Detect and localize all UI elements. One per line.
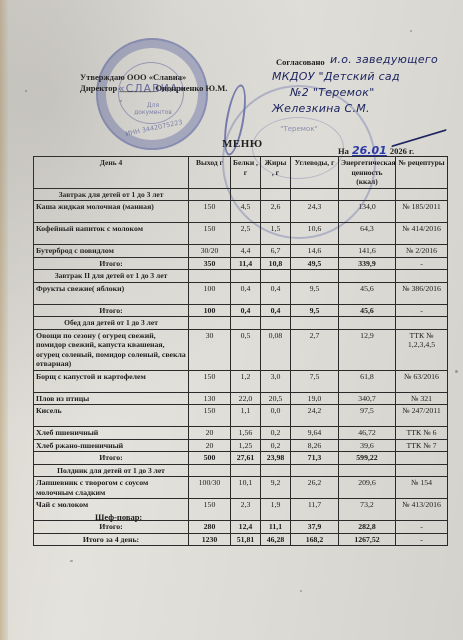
carbs: 9,64 <box>291 427 339 440</box>
signature-blank: ________ <box>119 83 153 93</box>
carbs: 14,6 <box>291 245 339 258</box>
total-kcal: 282,8 <box>339 521 396 534</box>
company-stamp: «СЛАВИА» Для документов ИНН 3442075223 <box>96 38 208 150</box>
grand-total-kcal: 1267,52 <box>339 533 396 546</box>
total-yield: 350 <box>189 257 231 270</box>
recipe-number: № 321 <box>396 392 448 405</box>
col-header-day: День 4 <box>34 157 189 189</box>
fat: 1,5 <box>261 223 291 245</box>
total-label: Итого: <box>34 521 189 534</box>
dish-name: Каша жидкая молочная (манная) <box>34 201 189 223</box>
total-protein: 27,61 <box>231 452 261 465</box>
dish-name: Овощи по сезону ( огурец свежий, помидор… <box>34 329 189 370</box>
col-header-protein: Белки , г <box>231 157 261 189</box>
protein: 1,1 <box>231 405 261 427</box>
total-recipe: - <box>396 257 448 270</box>
fat: 3,0 <box>261 370 291 392</box>
fat: 0,2 <box>261 439 291 452</box>
total-protein: 11,4 <box>231 257 261 270</box>
fat: 1,9 <box>261 499 291 521</box>
handwritten-agree-line-1: и.о. заведующего <box>330 53 438 66</box>
total-recipe <box>396 452 448 465</box>
recipe-number: ТТК № 7 <box>396 439 448 452</box>
carbs: 8,26 <box>291 439 339 452</box>
total-kcal: 599,22 <box>339 452 396 465</box>
fat: 2,6 <box>261 201 291 223</box>
total-recipe: - <box>396 304 448 317</box>
total-fat: 23,98 <box>261 452 291 465</box>
carbs: 26,2 <box>291 477 339 499</box>
menu-table: День 4 Выход г Белки , г Жиры , г Углево… <box>33 156 448 546</box>
kcal: 64,3 <box>339 223 396 245</box>
carbs: 2,7 <box>291 329 339 370</box>
table-row: Овощи по сезону ( огурец свежий, помидор… <box>34 329 448 370</box>
yield: 20 <box>189 439 231 452</box>
protein: 0,5 <box>231 329 261 370</box>
kcal: 61,8 <box>339 370 396 392</box>
total-carbs: 37,9 <box>291 521 339 534</box>
yield: 150 <box>189 499 231 521</box>
yield: 30 <box>189 329 231 370</box>
scan-speck <box>25 90 27 92</box>
col-header-recipe: № рецептуры <box>396 157 448 189</box>
recipe-number: № 185/2011 <box>396 201 448 223</box>
section-total-row: Итого: 280 12,4 11,1 37,9 282,8 - <box>34 521 448 534</box>
kcal: 97,5 <box>339 405 396 427</box>
recipe-number: № 413/2016 <box>396 499 448 521</box>
dish-name: Борщ с капустой и картофелем <box>34 370 189 392</box>
total-protein: 0,4 <box>231 304 261 317</box>
date-year: 2026 г. <box>390 146 414 156</box>
section-title: Полдник для детей от 1 до 3 лет <box>34 464 189 477</box>
scan-speck <box>410 30 412 32</box>
total-yield: 100 <box>189 304 231 317</box>
section-total-row: Итого: 100 0,4 0,4 9,5 45,6 - <box>34 304 448 317</box>
dish-name: Бутерброд с повидлом <box>34 245 189 258</box>
table-header-row: День 4 Выход г Белки , г Жиры , г Углево… <box>34 157 448 189</box>
kcal: 45,6 <box>339 282 396 304</box>
grand-total-label: Итого за 4 день: <box>34 533 189 546</box>
agreed-label: Согласовано <box>276 57 325 67</box>
carbs: 24,3 <box>291 201 339 223</box>
table-row: Фрукты свежие( яблоки) 100 0,4 0,4 9,5 4… <box>34 282 448 304</box>
date-prefix: На <box>338 146 349 156</box>
total-fat: 0,4 <box>261 304 291 317</box>
yield: 30/20 <box>189 245 231 258</box>
protein: 1,2 <box>231 370 261 392</box>
total-fat: 10,8 <box>261 257 291 270</box>
table-row: Плов из птицы 130 22,0 20,5 19,0 340,7 №… <box>34 392 448 405</box>
recipe-number: № 386/2016 <box>396 282 448 304</box>
dish-name: Фрукты свежие( яблоки) <box>34 282 189 304</box>
section-title: Завтрак для детей от 1 до 3 лет <box>34 188 189 201</box>
table-row: Кофейный напиток с молоком 150 2,5 1,5 1… <box>34 223 448 245</box>
total-label: Итого: <box>34 257 189 270</box>
total-carbs: 9,5 <box>291 304 339 317</box>
total-recipe: - <box>396 521 448 534</box>
fat: 0,4 <box>261 282 291 304</box>
kcal: 12,9 <box>339 329 396 370</box>
table-row: Бутерброд с повидлом 30/20 4,4 6,7 14,6 … <box>34 245 448 258</box>
yield: 100/30 <box>189 477 231 499</box>
total-yield: 500 <box>189 452 231 465</box>
handwritten-agree-line-3: №2 "Теремок" <box>290 86 375 99</box>
carbs: 11,7 <box>291 499 339 521</box>
protein: 2,5 <box>231 223 261 245</box>
grand-total-recipe: - <box>396 533 448 546</box>
scan-speck <box>120 100 122 102</box>
dish-name: Хлеб пшеничный <box>34 427 189 440</box>
fat: 0,2 <box>261 427 291 440</box>
section-title: Обед для детей от 1 до 3 лет <box>34 317 189 330</box>
grand-total-yield: 1230 <box>189 533 231 546</box>
carbs: 19,0 <box>291 392 339 405</box>
page-title: МЕНЮ <box>222 138 263 150</box>
total-protein: 12,4 <box>231 521 261 534</box>
total-fat: 11,1 <box>261 521 291 534</box>
agreement-signature <box>392 101 453 147</box>
table-row: Борщ с капустой и картофелем 150 1,2 3,0… <box>34 370 448 392</box>
col-header-fat: Жиры , г <box>261 157 291 189</box>
table-row: Кисель 150 1,1 0,0 24,2 97,5 № 247/2011 <box>34 405 448 427</box>
section-header-row: Завтрак II для детей от 1 до 3 лет <box>34 270 448 283</box>
section-header-row: Полдник для детей от 1 до 3 лет <box>34 464 448 477</box>
fat: 0,08 <box>261 329 291 370</box>
section-header-row: Обед для детей от 1 до 3 лет <box>34 317 448 330</box>
scan-speck <box>70 560 73 562</box>
section-total-row: Итого: 350 11,4 10,8 49,5 339,9 - <box>34 257 448 270</box>
table-row: Каша жидкая молочная (манная) 150 4,5 2,… <box>34 201 448 223</box>
kcal: 340,7 <box>339 392 396 405</box>
total-carbs: 49,5 <box>291 257 339 270</box>
grand-total-carbs: 168,2 <box>291 533 339 546</box>
section-total-row: Итого: 500 27,61 23,98 71,3 599,22 <box>34 452 448 465</box>
yield: 150 <box>189 201 231 223</box>
grand-total-protein: 51,81 <box>231 533 261 546</box>
protein: 2,3 <box>231 499 261 521</box>
grand-total-fat: 46,28 <box>261 533 291 546</box>
approval-line-2: Директор ________ Оноприенко Ю.М. <box>80 83 227 94</box>
protein: 4,4 <box>231 245 261 258</box>
fat: 0,0 <box>261 405 291 427</box>
kcal: 134,0 <box>339 201 396 223</box>
dish-name: Лапшевник с творогом с соусом молочным с… <box>34 477 189 499</box>
dish-name: Кисель <box>34 405 189 427</box>
kcal: 39,6 <box>339 439 396 452</box>
col-header-carbs: Углеводы, г <box>291 157 339 189</box>
recipe-number: № 154 <box>396 477 448 499</box>
carbs: 9,5 <box>291 282 339 304</box>
stamp2-name: "Теремок" <box>264 125 334 133</box>
yield: 100 <box>189 282 231 304</box>
carbs: 24,2 <box>291 405 339 427</box>
fat: 6,7 <box>261 245 291 258</box>
carbs: 7,5 <box>291 370 339 392</box>
carbs: 10,6 <box>291 223 339 245</box>
kcal: 46,72 <box>339 427 396 440</box>
handwritten-agree-line-2: МКДОУ "Детский сад <box>272 70 400 83</box>
protein: 1,25 <box>231 439 261 452</box>
total-kcal: 45,6 <box>339 304 396 317</box>
yield: 150 <box>189 405 231 427</box>
recipe-number: ТТК № 6 <box>396 427 448 440</box>
kcal: 73,2 <box>339 499 396 521</box>
director-name: Оноприенко Ю.М. <box>155 83 227 93</box>
protein: 10,1 <box>231 477 261 499</box>
recipe-number: № 63/2016 <box>396 370 448 392</box>
total-yield: 280 <box>189 521 231 534</box>
section-header-row: Завтрак для детей от 1 до 3 лет <box>34 188 448 201</box>
yield: 130 <box>189 392 231 405</box>
approval-block: Утверждаю ООО «Славиа» Директор ________… <box>80 72 227 94</box>
table-row: Хлеб пшеничный 20 1,56 0,2 9,64 46,72 ТТ… <box>34 427 448 440</box>
recipe-number: № 2/2016 <box>396 245 448 258</box>
section-title: Завтрак II для детей от 1 до 3 лет <box>34 270 189 283</box>
total-carbs: 71,3 <box>291 452 339 465</box>
grand-total-row: Итого за 4 день: 1230 51,81 46,28 168,2 … <box>34 533 448 546</box>
recipe-number: № 414/2016 <box>396 223 448 245</box>
scan-speck <box>300 590 302 592</box>
stamp-subtitle: Для документов <box>128 102 178 116</box>
total-kcal: 339,9 <box>339 257 396 270</box>
table-row: Лапшевник с творогом с соусом молочным с… <box>34 477 448 499</box>
scan-speck <box>455 370 458 373</box>
yield: 150 <box>189 223 231 245</box>
approval-line-1: Утверждаю ООО «Славиа» <box>80 72 227 83</box>
director-label: Директор <box>80 83 117 93</box>
recipe-number: № 247/2011 <box>396 405 448 427</box>
yield: 150 <box>189 370 231 392</box>
total-label: Итого: <box>34 304 189 317</box>
fat: 9,2 <box>261 477 291 499</box>
kcal: 141,6 <box>339 245 396 258</box>
table-row: Хлеб ржано-пшеничный 20 1,25 0,2 8,26 39… <box>34 439 448 452</box>
dish-name: Плов из птицы <box>34 392 189 405</box>
kcal: 209,6 <box>339 477 396 499</box>
dish-name: Кофейный напиток с молоком <box>34 223 189 245</box>
chef-signature-label: Шеф-повар: <box>95 512 142 522</box>
yield: 20 <box>189 427 231 440</box>
protein: 4,5 <box>231 201 261 223</box>
paper-edge <box>0 0 8 640</box>
handwritten-agree-line-4: Железкина С.М. <box>272 102 370 115</box>
recipe-number: ТТК № 1,2,3,4,5 <box>396 329 448 370</box>
total-label: Итого: <box>34 452 189 465</box>
protein: 0,4 <box>231 282 261 304</box>
dish-name: Хлеб ржано-пшеничный <box>34 439 189 452</box>
col-header-kcal: Энергетическая ценность (ккал) <box>339 157 396 189</box>
protein: 1,56 <box>231 427 261 440</box>
col-header-yield: Выход г <box>189 157 231 189</box>
fat: 20,5 <box>261 392 291 405</box>
protein: 22,0 <box>231 392 261 405</box>
